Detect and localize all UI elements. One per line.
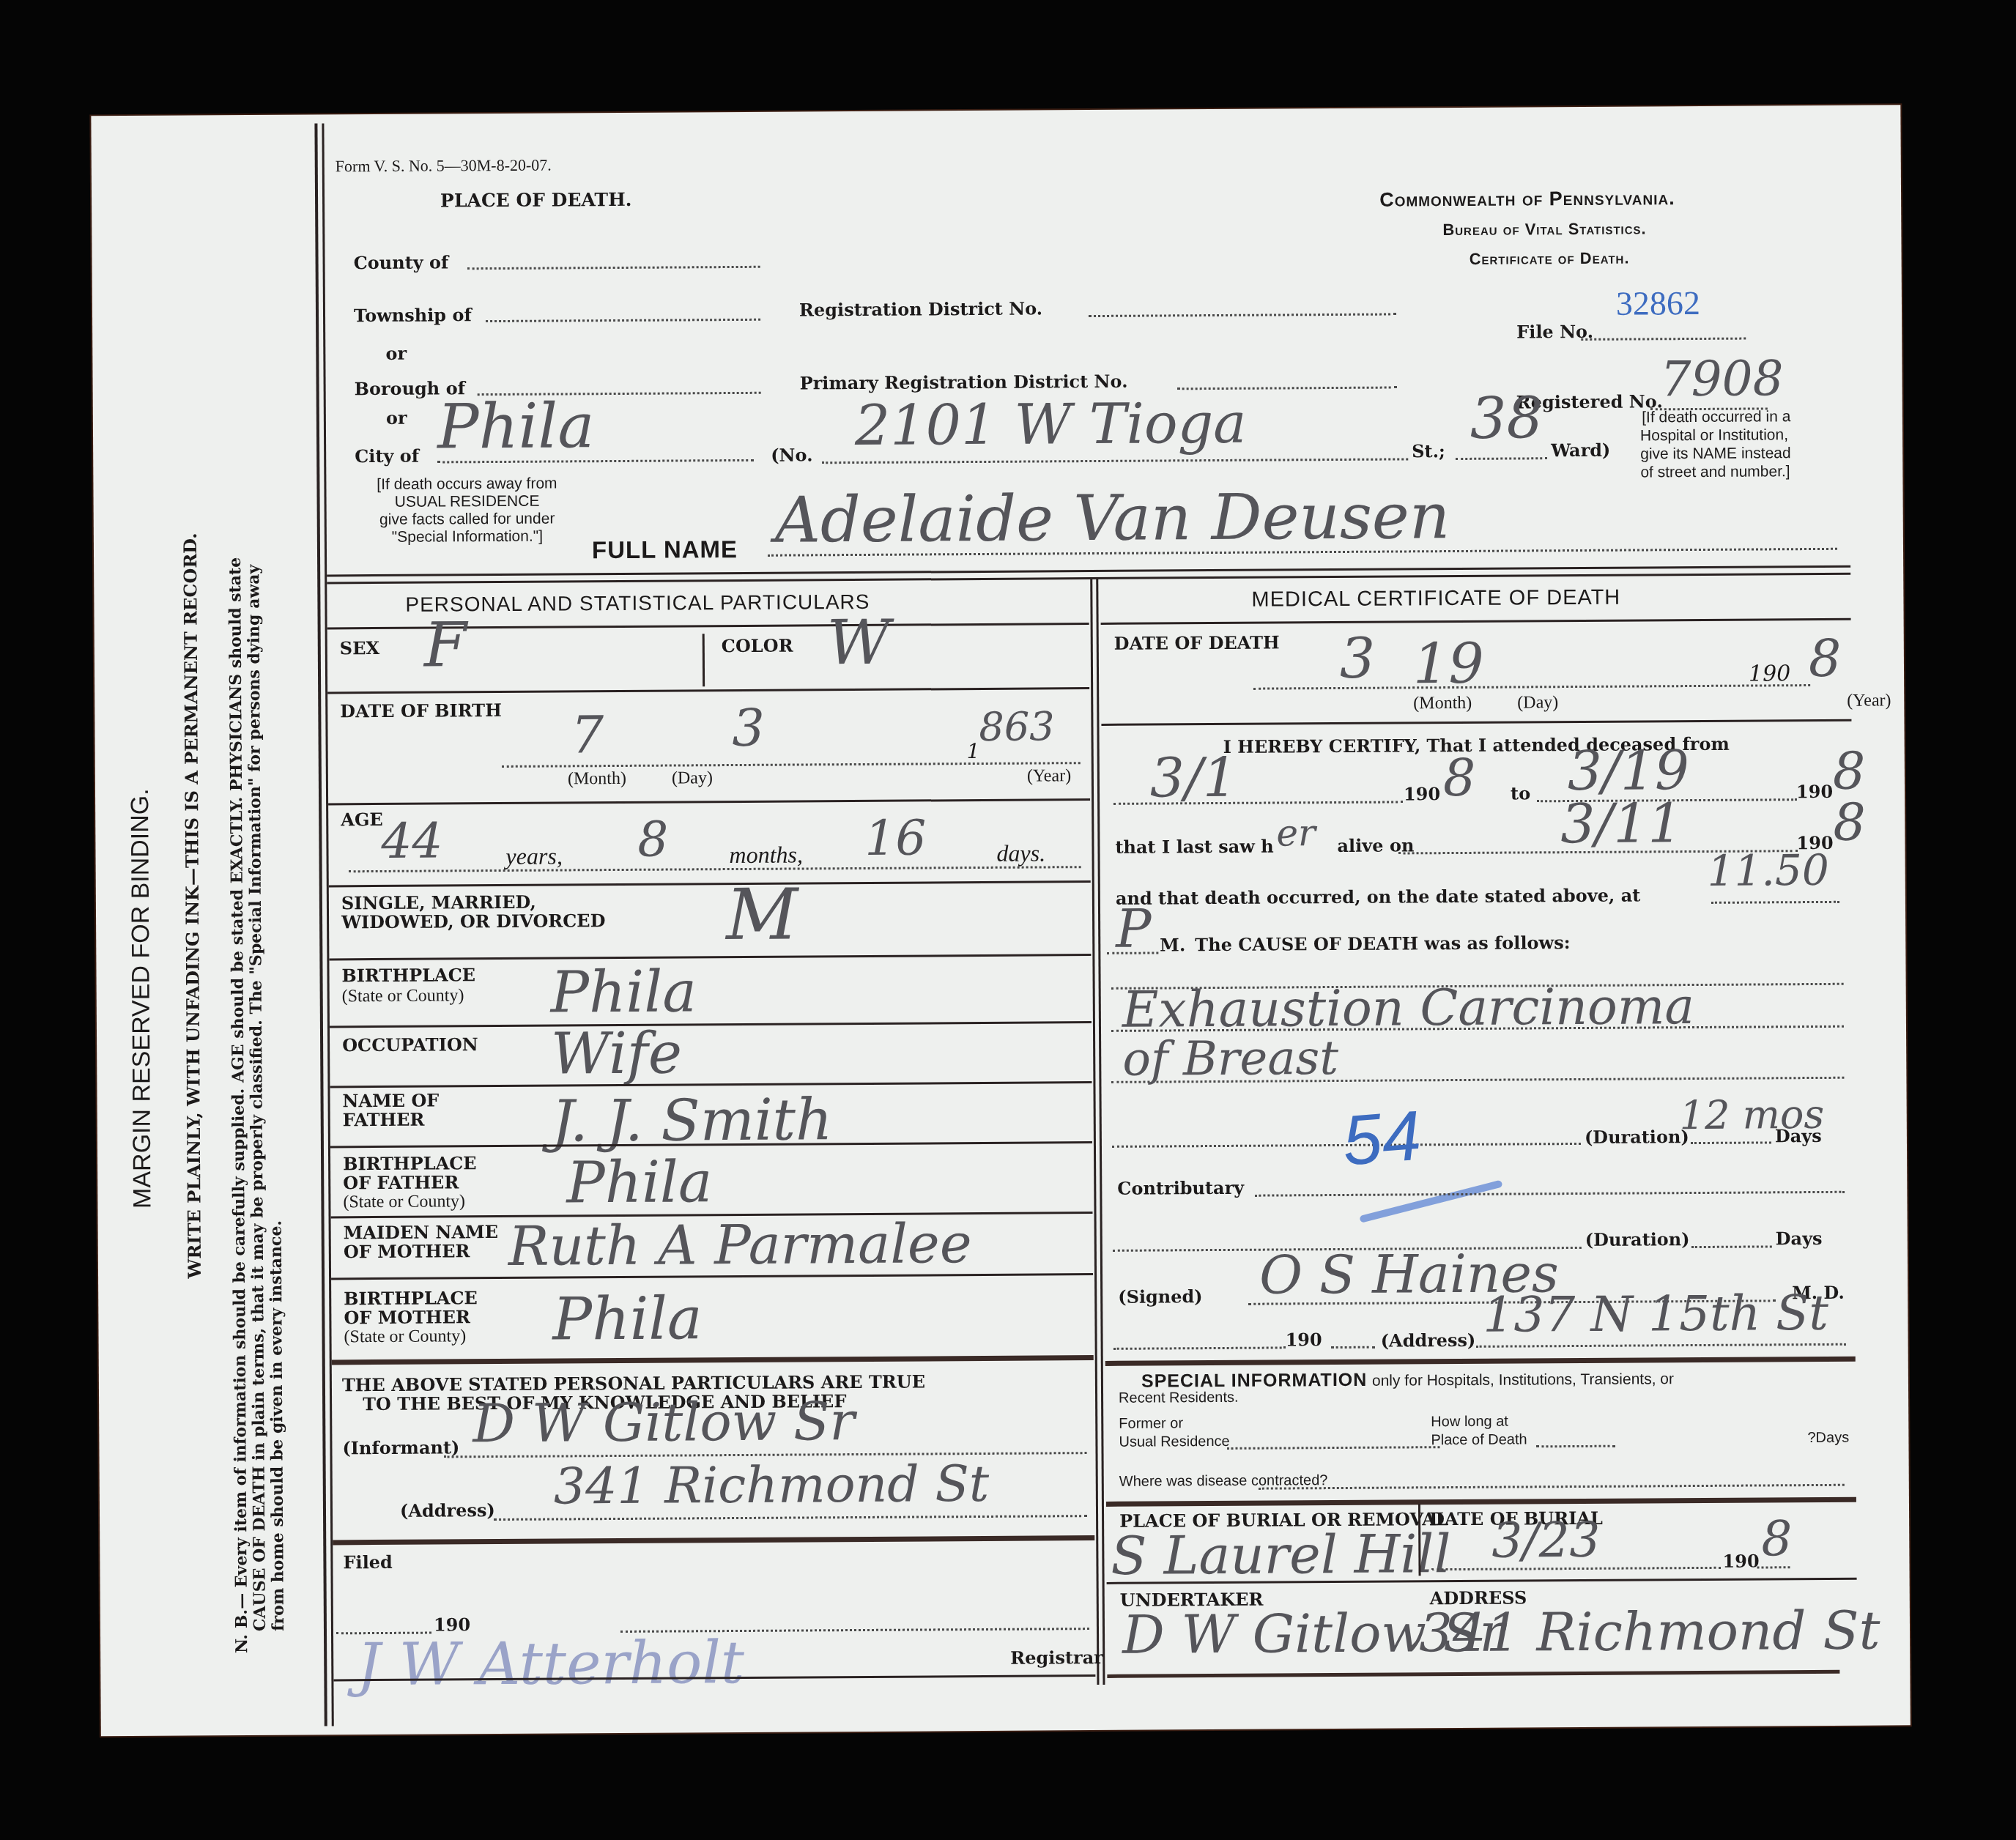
special-information-heading: SPECIAL INFORMATION only for Hospitals, … — [1141, 1368, 1674, 1392]
place-of-death-heading: PLACE OF DEATH. — [440, 189, 632, 212]
agency-title: Commonwealth of Pennsylvania. — [1379, 187, 1675, 211]
dod-day-value: 19 — [1413, 631, 1484, 697]
former-residence-field[interactable] — [1227, 1446, 1439, 1450]
cause-of-death-label: The CAUSE OF DEATH was as follows: — [1195, 932, 1570, 955]
dod-month-value: 3 — [1340, 626, 1376, 691]
age-years-value: 44 — [381, 812, 442, 869]
mother-maiden-name-label: MAIDEN NAME OF MOTHER — [344, 1223, 499, 1261]
death-certificate-page: MARGIN RESERVED FOR BINDING. WRITE PLAIN… — [91, 105, 1910, 1736]
township-field[interactable] — [486, 319, 760, 322]
informant-address-value: 341 Richmond St — [554, 1455, 990, 1516]
cause-line-2[interactable]: of Breast — [1122, 1031, 1338, 1087]
how-long-label: How long at Place of Death — [1431, 1412, 1527, 1450]
age-label: AGE — [341, 809, 383, 830]
contributary-field[interactable] — [1255, 1191, 1845, 1197]
contributary-label: Contributary — [1117, 1177, 1244, 1199]
ward-label: Ward) — [1551, 439, 1610, 461]
meridiem-value: P — [1116, 898, 1152, 960]
attended-from-value: 3/1 — [1150, 746, 1238, 810]
age-months-value: 8 — [637, 812, 668, 868]
township-label: Township of — [354, 304, 472, 326]
last-saw-date-value: 3/11 — [1560, 792, 1683, 856]
last-saw-year: 8 — [1833, 793, 1866, 853]
informant-address-label: (Address) — [400, 1499, 495, 1521]
dob-year-value: 863 — [979, 703, 1054, 750]
primary-registration-district-field[interactable] — [1177, 386, 1397, 390]
street-label: St.; — [1412, 440, 1445, 461]
birthplace-label: BIRTHPLACE (State or County) — [341, 965, 475, 1006]
duration-label: (Duration) — [1585, 1126, 1689, 1148]
classification-code-stamp: 54 — [1340, 1096, 1424, 1182]
margin-write-plainly-note: WRITE PLAINLY, WITH UNFADING INK—THIS IS… — [179, 533, 205, 1278]
registrar-signature: J W Atterholt — [357, 1628, 744, 1699]
usual-residence-note: [If death occurs away from USUAL RESIDEN… — [346, 475, 588, 546]
filed-label: Filed — [343, 1551, 393, 1573]
burial-place-value[interactable]: S Laurel Hill — [1111, 1523, 1451, 1587]
disease-contracted-field[interactable] — [1259, 1484, 1845, 1490]
informant-value: D W Gitlow Sr — [472, 1390, 855, 1454]
county-field[interactable] — [467, 266, 760, 270]
ward-field[interactable] — [1456, 457, 1547, 460]
file-no-value: 32862 — [1616, 283, 1700, 323]
full-name-label: FULL NAME — [592, 535, 738, 564]
street-value: 2101 W Tioga — [855, 390, 1247, 458]
occupation-label: OCCUPATION — [342, 1034, 478, 1056]
sex-label: SEX — [340, 637, 379, 659]
birthplace-value[interactable]: Phila — [550, 959, 697, 1025]
form-number: Form V. S. No. 5—30M-8-20-07. — [336, 156, 552, 177]
marital-status-value[interactable]: M — [726, 873, 798, 956]
street-number-label: (No. — [771, 444, 812, 465]
mother-maiden-name-value[interactable]: Ruth A Parmalee — [508, 1212, 972, 1278]
sex-value[interactable]: F — [423, 609, 467, 680]
margin-binding-note: MARGIN RESERVED FOR BINDING. — [126, 788, 157, 1209]
registration-district-label: Registration District No. — [799, 297, 1042, 320]
signed-label: (Signed) — [1118, 1286, 1203, 1307]
full-name-value: Adelaide Van Deusen — [774, 480, 1450, 557]
dob-day-value: 3 — [732, 698, 765, 758]
father-birthplace-value[interactable]: Phila — [566, 1149, 713, 1216]
duration-field[interactable] — [1691, 1141, 1771, 1144]
cause-line-1[interactable]: Exhaustion Carcinoma — [1122, 978, 1695, 1039]
physician-address-value: 137 N 15th St — [1483, 1285, 1828, 1343]
physician-address-label: (Address) — [1381, 1329, 1476, 1351]
dod-year-value: 8 — [1809, 628, 1842, 689]
agency-bureau: Bureau of Vital Statistics. — [1442, 219, 1646, 240]
informant-label: (Informant) — [342, 1436, 459, 1458]
former-residence-label: Former or Usual Residence — [1119, 1414, 1230, 1452]
occupation-value[interactable]: Wife — [551, 1020, 682, 1087]
date-of-death-label: DATE OF DEATH — [1114, 631, 1280, 653]
age-field[interactable] — [349, 866, 1081, 872]
undertaker-address-value[interactable]: 341 Richmond St — [1419, 1599, 1880, 1663]
hospital-note: [If death occurred in a Hospital or Inst… — [1640, 407, 1791, 481]
contributary-duration-field[interactable] — [1691, 1245, 1772, 1248]
mother-birthplace-label: BIRTHPLACE OF MOTHER (State or County) — [344, 1288, 478, 1346]
burial-year-value: 8 — [1761, 1510, 1792, 1567]
color-value[interactable]: W — [826, 606, 890, 679]
street-field[interactable] — [822, 458, 1408, 464]
death-time-field[interactable] — [1711, 901, 1839, 904]
death-time-value: 11.50 — [1707, 845, 1828, 896]
registrar-label: Registrar — [1010, 1647, 1103, 1669]
last-saw-pronoun: er — [1276, 812, 1316, 854]
city-label: City of — [355, 445, 419, 467]
certificate-title: Certificate of Death. — [1470, 249, 1630, 269]
dob-month-value: 7 — [571, 705, 604, 765]
date-of-birth-label: DATE OF BIRTH — [340, 700, 502, 721]
primary-registration-district-label: Primary Registration District No. — [800, 371, 1128, 394]
registration-district-field[interactable] — [1089, 313, 1396, 317]
ward-value: 38 — [1470, 385, 1543, 452]
date-of-death-field[interactable] — [1253, 684, 1810, 690]
attended-from-year: 8 — [1443, 748, 1476, 808]
personal-particulars-heading: PERSONAL AND STATISTICAL PARTICULARS — [405, 590, 870, 617]
mother-birthplace-value[interactable]: Phila — [552, 1284, 703, 1353]
age-days-value: 16 — [864, 809, 926, 867]
medical-certificate-heading: MEDICAL CERTIFICATE OF DEATH — [1251, 586, 1620, 612]
code-underline-mark — [1359, 1180, 1502, 1223]
how-long-field[interactable] — [1536, 1445, 1615, 1448]
marital-status-label: SINGLE, MARRIED, WIDOWED, OR DIVORCED — [341, 892, 606, 932]
signed-date-field[interactable] — [1113, 1346, 1286, 1349]
father-name-label: NAME OF FATHER — [342, 1091, 439, 1129]
city-value: Phila — [437, 390, 595, 462]
last-saw-label: that I last saw h — [1115, 836, 1273, 858]
county-label: County of — [353, 251, 448, 273]
physician-address-field[interactable] — [1476, 1343, 1846, 1348]
burial-date-value: 3/23 — [1491, 1512, 1601, 1569]
registered-no-value: 7908 — [1660, 350, 1783, 407]
father-birthplace-label: BIRTHPLACE OF FATHER (State or County) — [343, 1154, 477, 1212]
margin-nb-line-3: from home should be given in every insta… — [267, 1220, 288, 1631]
color-label: COLOR — [722, 635, 793, 657]
death-time-label: and that death occurred, on the date sta… — [1116, 884, 1641, 908]
